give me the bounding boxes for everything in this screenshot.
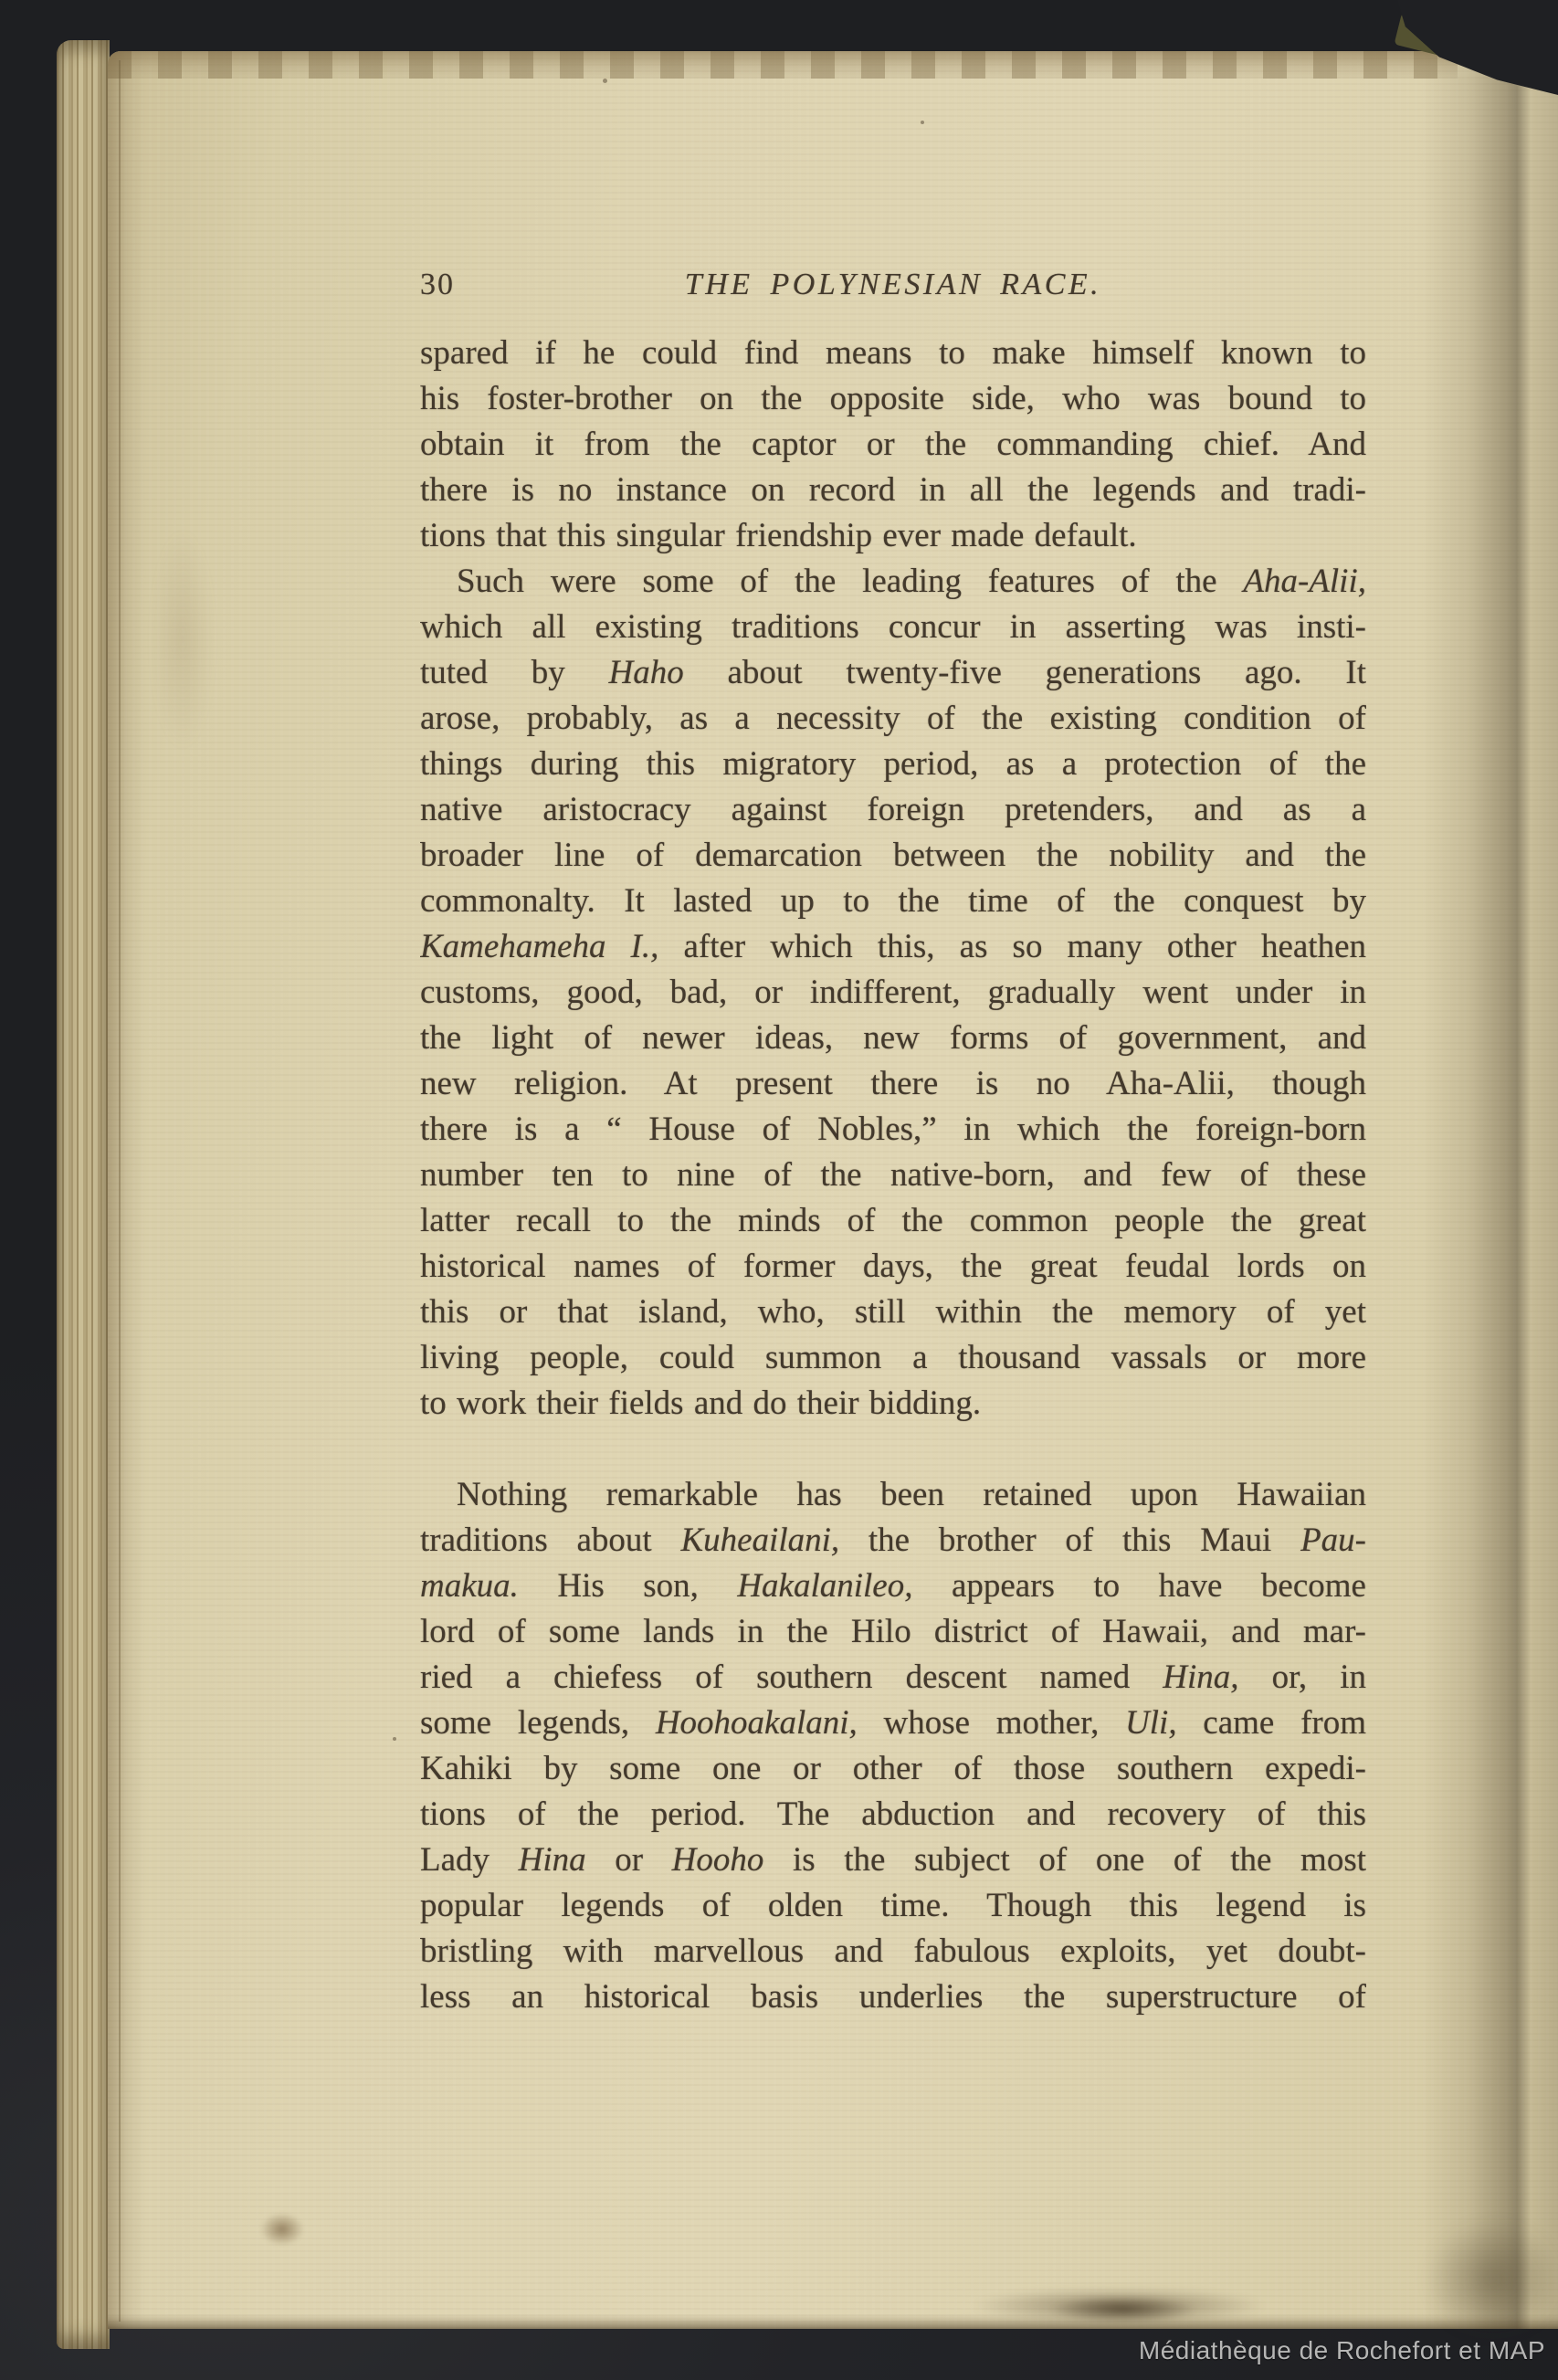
text-line: new religion. At present there is no Aha… (420, 1061, 1366, 1107)
text-run: things during this migratory period, as … (420, 745, 1366, 783)
text-run: this or that island, who, still within t… (420, 1293, 1366, 1331)
text-run: obtain it from the captor or the command… (420, 426, 1366, 463)
page-number: 30 (420, 267, 455, 303)
text-run: arose, probably, as a necessity of the e… (420, 700, 1366, 737)
text-line: tuted by Haho about twenty-five generati… (420, 650, 1366, 696)
page-top-edge (108, 51, 1458, 79)
text-run: customs, good, bad, or indifferent, grad… (420, 974, 1366, 1011)
italic-text-run: Hina, (1163, 1659, 1238, 1696)
italic-text-run: Kamehameha I., (420, 928, 658, 965)
text-run: tions that this singular friendship ever… (420, 517, 1137, 554)
italic-text-run: Hina (519, 1841, 586, 1879)
text-run: living people, could summon a thousand v… (420, 1339, 1366, 1376)
page-bottom-edge (108, 2314, 1558, 2329)
text-line: native aristocracy against foreign prete… (420, 787, 1366, 833)
text-line: spared if he could find means to make hi… (420, 331, 1366, 376)
scan-background: 30 THE POLYNESIAN RACE. spared if he cou… (0, 0, 1558, 2380)
text-line: makua. His son, Hakalanileo, appears to … (420, 1564, 1366, 1609)
text-run: historical names of former days, the gre… (420, 1248, 1366, 1285)
paragraph: spared if he could find means to make hi… (420, 331, 1366, 559)
text-run: lord of some lands in the Hilo district … (420, 1613, 1366, 1650)
italic-text-run: makua. (420, 1567, 519, 1605)
italic-text-run: Hoohoakalani, (656, 1704, 858, 1742)
text-run: less an historical basis underlies the s… (420, 1978, 1366, 2016)
italic-text-run: Hakalanileo, (737, 1567, 912, 1605)
text-run: broader line of demarcation between the … (420, 837, 1366, 874)
text-line: Lady Hina or Hooho is the subject of one… (420, 1838, 1366, 1883)
text-line: things during this migratory period, as … (420, 742, 1366, 787)
text-run: there is a “ House of Nobles,” in which … (420, 1111, 1366, 1148)
text-run: about twenty-five generations ago. It (684, 654, 1366, 691)
text-line: obtain it from the captor or the command… (420, 422, 1366, 468)
text-line: Kamehameha I., after which this, as so m… (420, 924, 1366, 970)
text-run: His son, (519, 1567, 737, 1605)
italic-text-run: Kuheailani, (680, 1522, 839, 1559)
paragraph: Nothing remarkable has been retained upo… (420, 1472, 1366, 2020)
text-line: Kahiki by some one or other of those sou… (420, 1746, 1366, 1792)
italic-text-run: Pau- (1300, 1522, 1366, 1559)
text-line: historical names of former days, the gre… (420, 1244, 1366, 1290)
italic-text-run: Hooho (672, 1841, 764, 1879)
text-line: his foster-brother on the opposite side,… (420, 376, 1366, 422)
text-run: Nothing remarkable has been retained upo… (457, 1476, 1366, 1513)
page-text: spared if he could find means to make hi… (420, 331, 1366, 2020)
text-line: lord of some lands in the Hilo district … (420, 1609, 1366, 1655)
text-run: Lady (420, 1841, 519, 1879)
text-line: broader line of demarcation between the … (420, 833, 1366, 879)
text-line: arose, probably, as a necessity of the e… (420, 696, 1366, 742)
text-run: bristling with marvellous and fabulous e… (420, 1932, 1366, 1970)
text-run: tions of the period. The abduction and r… (420, 1796, 1366, 1833)
page-gutter-shadow (1421, 51, 1558, 2329)
text-run: Kahiki by some one or other of those sou… (420, 1750, 1366, 1787)
italic-text-run: Uli, (1125, 1704, 1177, 1742)
text-run: which all existing traditions concur in … (420, 608, 1366, 646)
text-run: native aristocracy against foreign prete… (420, 791, 1366, 828)
text-run: commonalty. It lasted up to the time of … (420, 882, 1366, 920)
running-title: THE POLYNESIAN RACE. (420, 267, 1366, 303)
text-run: ried a chiefess of southern descent name… (420, 1659, 1163, 1696)
text-run: his foster-brother on the opposite side,… (420, 380, 1366, 417)
text-line: Nothing remarkable has been retained upo… (420, 1472, 1366, 1518)
text-run: after which this, as so many other heath… (658, 928, 1366, 965)
text-line: less an historical basis underlies the s… (420, 1975, 1366, 2020)
text-line: there is a “ House of Nobles,” in which … (420, 1107, 1366, 1153)
text-run: appears to have become (912, 1567, 1366, 1605)
text-run: to work their fields and do their biddin… (420, 1385, 981, 1422)
book-page-edges (57, 40, 110, 2349)
text-run: there is no instance on record in all th… (420, 471, 1366, 509)
text-line: customs, good, bad, or indifferent, grad… (420, 970, 1366, 1016)
text-line: number ten to nine of the native-born, a… (420, 1153, 1366, 1198)
text-line: popular legends of olden time. Though th… (420, 1883, 1366, 1929)
text-run: popular legends of olden time. Though th… (420, 1887, 1366, 1924)
text-run: or (586, 1841, 672, 1879)
text-line: traditions about Kuheailani, the brother… (420, 1518, 1366, 1564)
text-run: new religion. At present there is no Aha… (420, 1065, 1366, 1102)
text-line: living people, could summon a thousand v… (420, 1335, 1366, 1381)
text-run: the brother of this Maui (839, 1522, 1300, 1559)
italic-text-run: Haho (608, 654, 683, 691)
text-line: tions of the period. The abduction and r… (420, 1792, 1366, 1838)
page-left-edge (108, 51, 146, 2329)
text-line: this or that island, who, still within t… (420, 1290, 1366, 1335)
text-line: to work their fields and do their biddin… (420, 1381, 1366, 1427)
text-run: is the subject of one of the most (763, 1841, 1366, 1879)
page-header: 30 THE POLYNESIAN RACE. (420, 267, 1366, 307)
text-run: some legends, (420, 1704, 656, 1742)
text-run: latter recall to the minds of the common… (420, 1202, 1366, 1239)
text-run: the light of newer ideas, new forms of g… (420, 1019, 1366, 1057)
text-run: tuted by (420, 654, 608, 691)
text-run: number ten to nine of the native-born, a… (420, 1156, 1366, 1194)
paragraph: Such were some of the leading features o… (420, 559, 1366, 1427)
text-run: spared if he could find means to make hi… (420, 334, 1366, 372)
text-line: some legends, Hoohoakalani, whose mother… (420, 1701, 1366, 1746)
text-line: which all existing traditions concur in … (420, 605, 1366, 650)
text-run: Such were some of the leading features o… (457, 563, 1243, 600)
text-run: came from (1177, 1704, 1366, 1742)
text-line: tions that this singular friendship ever… (420, 513, 1366, 559)
text-line: there is no instance on record in all th… (420, 468, 1366, 513)
library-watermark: Médiathèque de Rochefort et MAP (1139, 2336, 1545, 2365)
paper-speck (603, 79, 607, 83)
text-line: bristling with marvellous and fabulous e… (420, 1929, 1366, 1975)
text-line: commonalty. It lasted up to the time of … (420, 879, 1366, 924)
text-run: or, in (1239, 1659, 1366, 1696)
text-line: latter recall to the minds of the common… (420, 1198, 1366, 1244)
text-line: ried a chiefess of southern descent name… (420, 1655, 1366, 1701)
text-line: the light of newer ideas, new forms of g… (420, 1016, 1366, 1061)
text-run: whose mother, (858, 1704, 1125, 1742)
text-run: traditions about (420, 1522, 680, 1559)
text-line: Such were some of the leading features o… (420, 559, 1366, 605)
italic-text-run: Aha-Alii, (1243, 563, 1366, 600)
paper-speck (921, 121, 924, 124)
paper-speck (393, 1737, 396, 1741)
